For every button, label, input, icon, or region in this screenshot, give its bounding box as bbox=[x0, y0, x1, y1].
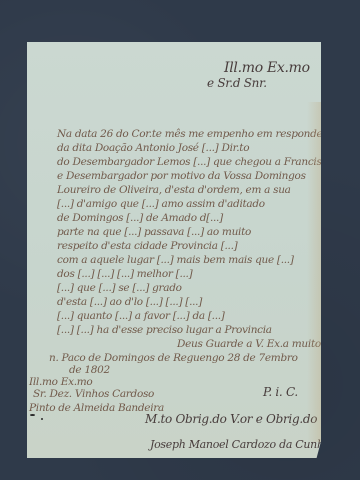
closing-line-1: Deus Guarde a V. Ex.a muitos anos bbox=[177, 338, 353, 350]
body-line: [...] que [...] se [...] grado bbox=[57, 282, 182, 294]
salutation-line-1: Ill.mo Ex.mo bbox=[224, 60, 310, 76]
body-line: [...] [...] ha d'esse preciso lugar a Pr… bbox=[57, 324, 272, 336]
body-line: parte na que [...] passava [...] ao muit… bbox=[57, 226, 251, 238]
closing-line-3: de 1802 bbox=[69, 364, 110, 376]
body-line: da dita Doação Antonio José [...] Dir.to bbox=[57, 142, 249, 154]
ink-spot bbox=[30, 414, 35, 416]
body-line: com a aquele lugar [...] mais bem mais q… bbox=[57, 254, 294, 266]
signature-name: Joseph Manoel Cardozo da Cunha bbox=[150, 438, 330, 451]
addressee-line-3: Pinto de Almeida Bandeira bbox=[29, 402, 164, 414]
body-line: e Desembargador por motivo da Vossa Domi… bbox=[57, 170, 306, 182]
addressee-line-2: Sr. Dez. Vinhos Cardoso bbox=[33, 388, 154, 400]
ink-spot bbox=[41, 418, 43, 420]
body-line: de Domingos [...] de Amado d[...] bbox=[57, 212, 223, 224]
closing-line-2: n. Paco de Domingos de Reguengo 28 de 7e… bbox=[49, 352, 298, 364]
body-line: Loureiro de Oliveira, d'esta d'ordem, em… bbox=[57, 184, 291, 196]
body-line: [...] quanto [...] a favor [...] da [...… bbox=[57, 310, 225, 322]
body-line: Na data 26 do Cor.te mês me empenho em r… bbox=[57, 128, 349, 140]
salutation-line-2: e Sr.d Snr. bbox=[207, 76, 267, 90]
body-line: [...] d'amigo que [...] amo assim d'adit… bbox=[57, 198, 265, 210]
body-line: do Desembargador Lemos [...] que chegou … bbox=[57, 156, 360, 168]
manuscript-page: Ill.mo Ex.mo e Sr.d Snr. Na data 26 do C… bbox=[27, 42, 321, 458]
body-line: d'esta [...] ao d'lo [...] [...] [...] bbox=[57, 296, 202, 308]
body-line: respeito d'esta cidade Provincia [...] bbox=[57, 240, 237, 252]
signature-line-1: M.to Obrig.do V.or e Obrig.do Cr. bbox=[145, 412, 337, 426]
body-line: dos [...] [...] [...] melhor [...] bbox=[57, 268, 192, 280]
ink-spot bbox=[109, 462, 111, 464]
addressee-line-1: Ill.mo Ex.mo bbox=[29, 376, 92, 388]
initials: P. i. C. bbox=[263, 385, 298, 399]
